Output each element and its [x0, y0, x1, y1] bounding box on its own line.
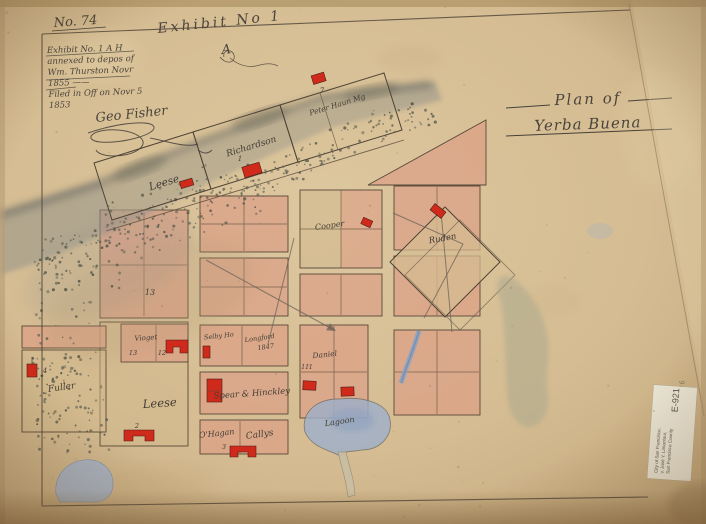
- yerba-buena-map: Leese Richardson Peter Haun Mg Cooper Ru…: [0, 0, 706, 524]
- scanned-map-page: Leese Richardson Peter Haun Mg Cooper Ru…: [0, 0, 706, 524]
- vignette: [0, 0, 706, 524]
- edge-shading: [0, 0, 706, 524]
